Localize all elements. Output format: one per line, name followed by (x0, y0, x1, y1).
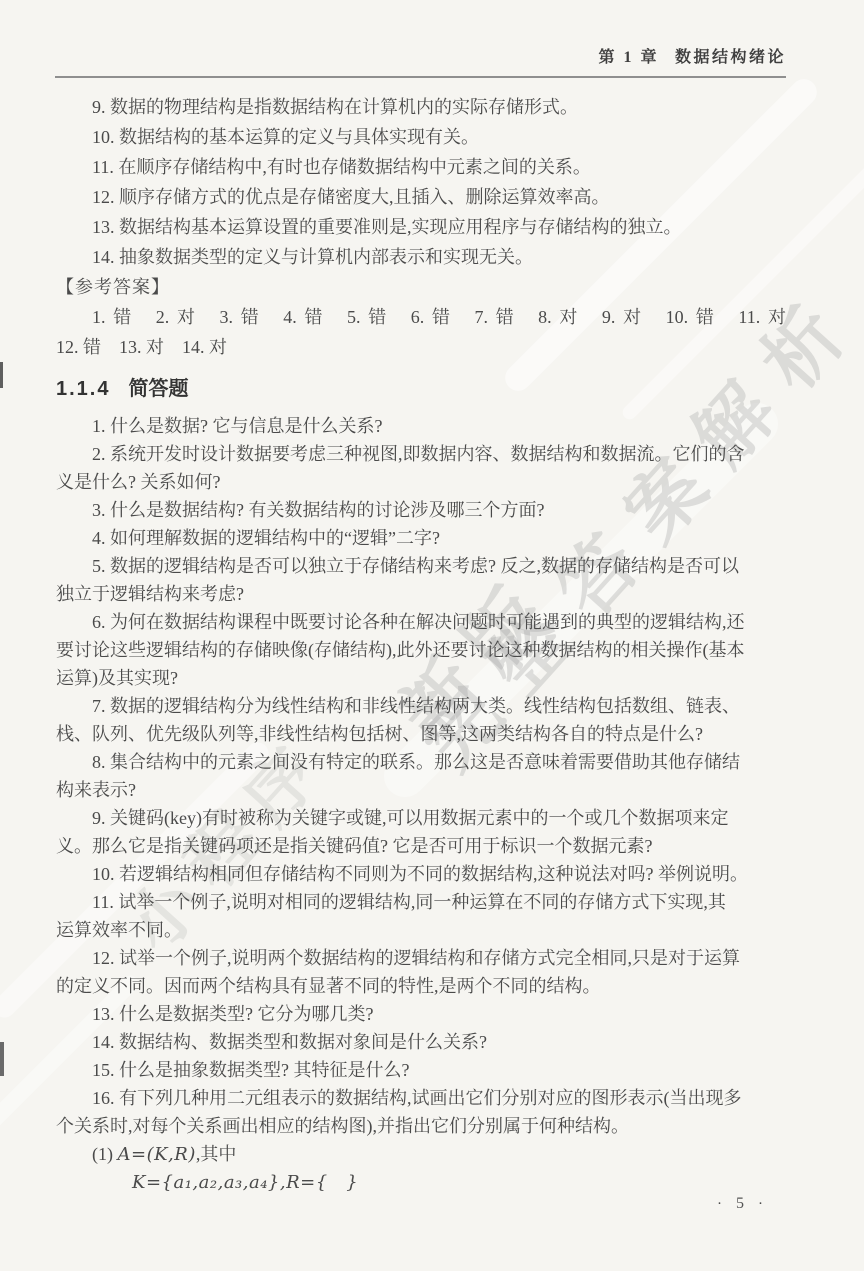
page-number: · 5 · (660, 1195, 820, 1213)
text-line: 5. 数据的逻辑结构是否可以独立于存储结构来考虑? 反之,数据的存储结构是否可以 (56, 552, 786, 580)
text-line: 6. 为何在数据结构课程中既要讨论各种在解决问题时可能遇到的典型的逻辑结构,还 (56, 608, 786, 636)
text-line: 16. 有下列几种用二元组表示的数据结构,试画出它们分别对应的图形表示(当出现多 (56, 1084, 786, 1112)
section-title: 简答题 (128, 378, 188, 400)
text-line: 14. 抽象数据类型的定义与计算机内部表示和实现无关。 (56, 242, 786, 272)
section-number: 1.1.4 (56, 378, 110, 400)
text-line: 运算效率不同。 (56, 916, 786, 944)
page-number-value: 5 (736, 1195, 744, 1213)
answers-line: 1. 错 2. 对 3. 错 4. 错 5. 错 6. 错 7. 错 8. 对 … (56, 302, 786, 332)
text-line: 13. 什么是数据类型? 它分为哪几类? (56, 1000, 786, 1028)
text-line: 栈、队列、优先级队列等,非线性结构包括树、图等,这两类结构各自的特点是什么? (56, 720, 786, 748)
formula-expression: K={a₁,a₂,a₃,a₄},R={ } (132, 1172, 358, 1193)
formula-block: (1) A=(K,R),其中 K={a₁,a₂,a₃,a₄},R={ } (56, 1140, 786, 1196)
text-line: 的定义不同。因而两个结构具有显著不同的特性,是两个不同的结构。 (56, 972, 786, 1000)
page-number-dot: · (717, 1196, 722, 1213)
text-line: 运算)及其实现? (56, 664, 786, 692)
text-line: 15. 什么是抽象数据类型? 其特征是什么? (56, 1056, 786, 1084)
judge-items-and-answers: 9. 数据的物理结构是指数据结构在计算机内的实际存储形式。10. 数据结构的基本… (56, 92, 786, 362)
text-line: 个关系时,对每个关系画出相应的结构图),并指出它们分别属于何种结构。 (56, 1112, 786, 1140)
text-line: 10. 若逻辑结构相同但存储结构不同则为不同的数据结构,这种说法对吗? 举例说明… (56, 860, 786, 888)
text-line: 11. 试举一个例子,说明对相同的逻辑结构,同一种运算在不同的存储方式下实现,其 (56, 888, 786, 916)
text-line: 14. 数据结构、数据类型和数据对象间是什么关系? (56, 1028, 786, 1056)
text-line: 独立于逻辑结构来考虑? (56, 580, 786, 608)
text-line: 3. 什么是数据结构? 有关数据结构的讨论涉及哪三个方面? (56, 496, 786, 524)
chapter-number: 第 1 章 (598, 49, 659, 66)
text-line: 12. 试举一个例子,说明两个数据结构的逻辑结构和存储方式完全相同,只是对于运算 (56, 944, 786, 972)
text-line: 7. 数据的逻辑结构分为线性结构和非线性结构两大类。线性结构包括数组、链表、 (56, 692, 786, 720)
header-rule (55, 76, 786, 78)
running-header: 第 1 章数据结构绪论 (598, 44, 786, 67)
formula-line: (1) A=(K,R),其中 (56, 1140, 786, 1168)
book-page: 完整答案解析 新版 小程序 第 1 章数据结构绪论 9. 数据的物理结构是指数据… (0, 0, 864, 1271)
text-line: 要讨论这些逻辑结构的存储映像(存储结构),此外还要讨论这种数据结构的相关操作(基… (56, 636, 786, 664)
scan-edge-mark (0, 362, 3, 388)
answers-label: 【参考答案】 (56, 272, 786, 302)
chapter-title: 数据结构绪论 (675, 49, 786, 66)
text-line: 义。那么它是指关键码项还是指关键码值? 它是否可用于标识一个数据元素? (56, 832, 786, 860)
text-line: 9. 数据的物理结构是指数据结构在计算机内的实际存储形式。 (56, 92, 786, 122)
page-number-dot: · (758, 1196, 763, 1213)
formula-expression: A=(K,R) (118, 1144, 196, 1165)
text-line: 9. 关键码(key)有时被称为关键字或键,可以用数据元素中的一个或几个数据项来… (56, 804, 786, 832)
text-line: 义是什么? 关系如何? (56, 468, 786, 496)
text-line: 2. 系统开发时设计数据要考虑三种视图,即数据内容、数据结构和数据流。它们的含 (56, 440, 786, 468)
answers-line: 12. 错 13. 对 14. 对 (56, 332, 786, 362)
scan-edge-mark (0, 1042, 4, 1076)
formula-line: K={a₁,a₂,a₃,a₄},R={ } (56, 1168, 786, 1196)
text-line: 4. 如何理解数据的逻辑结构中的“逻辑”二字? (56, 524, 786, 552)
text-line: 13. 数据结构基本运算设置的重要准则是,实现应用程序与存储结构的独立。 (56, 212, 786, 242)
text-line: 11. 在顺序存储结构中,有时也存储数据结构中元素之间的关系。 (56, 152, 786, 182)
text-line: 1. 什么是数据? 它与信息是什么关系? (56, 412, 786, 440)
text-line: 构来表示? (56, 776, 786, 804)
text-line: 8. 集合结构中的元素之间没有特定的联系。那么这是否意味着需要借助其他存储结 (56, 748, 786, 776)
formula-tail: ,其中 (196, 1144, 237, 1164)
formula-item-label: (1) (92, 1144, 118, 1164)
text-line: 10. 数据结构的基本运算的定义与具体实现有关。 (56, 122, 786, 152)
section-heading: 1.1.4简答题 (56, 372, 188, 401)
short-answer-questions: 1. 什么是数据? 它与信息是什么关系?2. 系统开发时设计数据要考虑三种视图,… (56, 412, 786, 1140)
text-line: 12. 顺序存储方式的优点是存储密度大,且插入、删除运算效率高。 (56, 182, 786, 212)
